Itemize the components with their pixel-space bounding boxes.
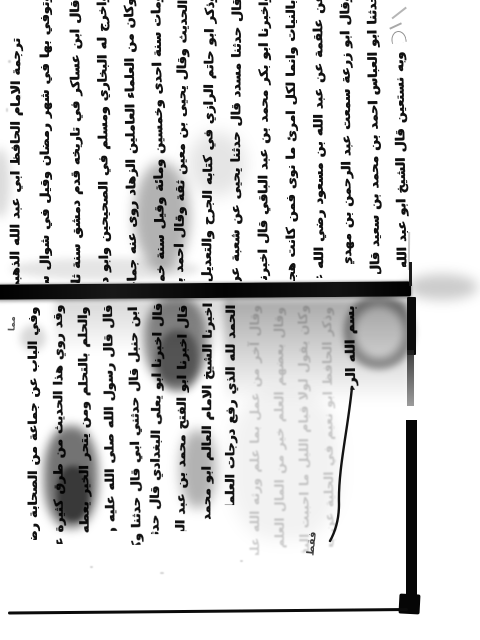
margin-note: مما bbox=[7, 316, 18, 331]
page-edge-line bbox=[409, 262, 412, 286]
page-edge-bar bbox=[406, 420, 417, 598]
page-edge-bar bbox=[407, 350, 414, 406]
speck bbox=[18, 95, 21, 98]
manuscript-scan: وبه نستعين قال الشيخ ابو عبد الله محمد ب… bbox=[0, 0, 480, 640]
page-edge-corner bbox=[398, 593, 420, 614]
page-edge-bar bbox=[407, 297, 416, 355]
catchword: فقط bbox=[305, 531, 318, 556]
speck bbox=[8, 60, 11, 63]
speck bbox=[90, 566, 93, 568]
speck bbox=[240, 560, 243, 562]
speck bbox=[6, 108, 8, 112]
speck bbox=[160, 572, 164, 574]
book-gutter-band bbox=[0, 281, 411, 299]
